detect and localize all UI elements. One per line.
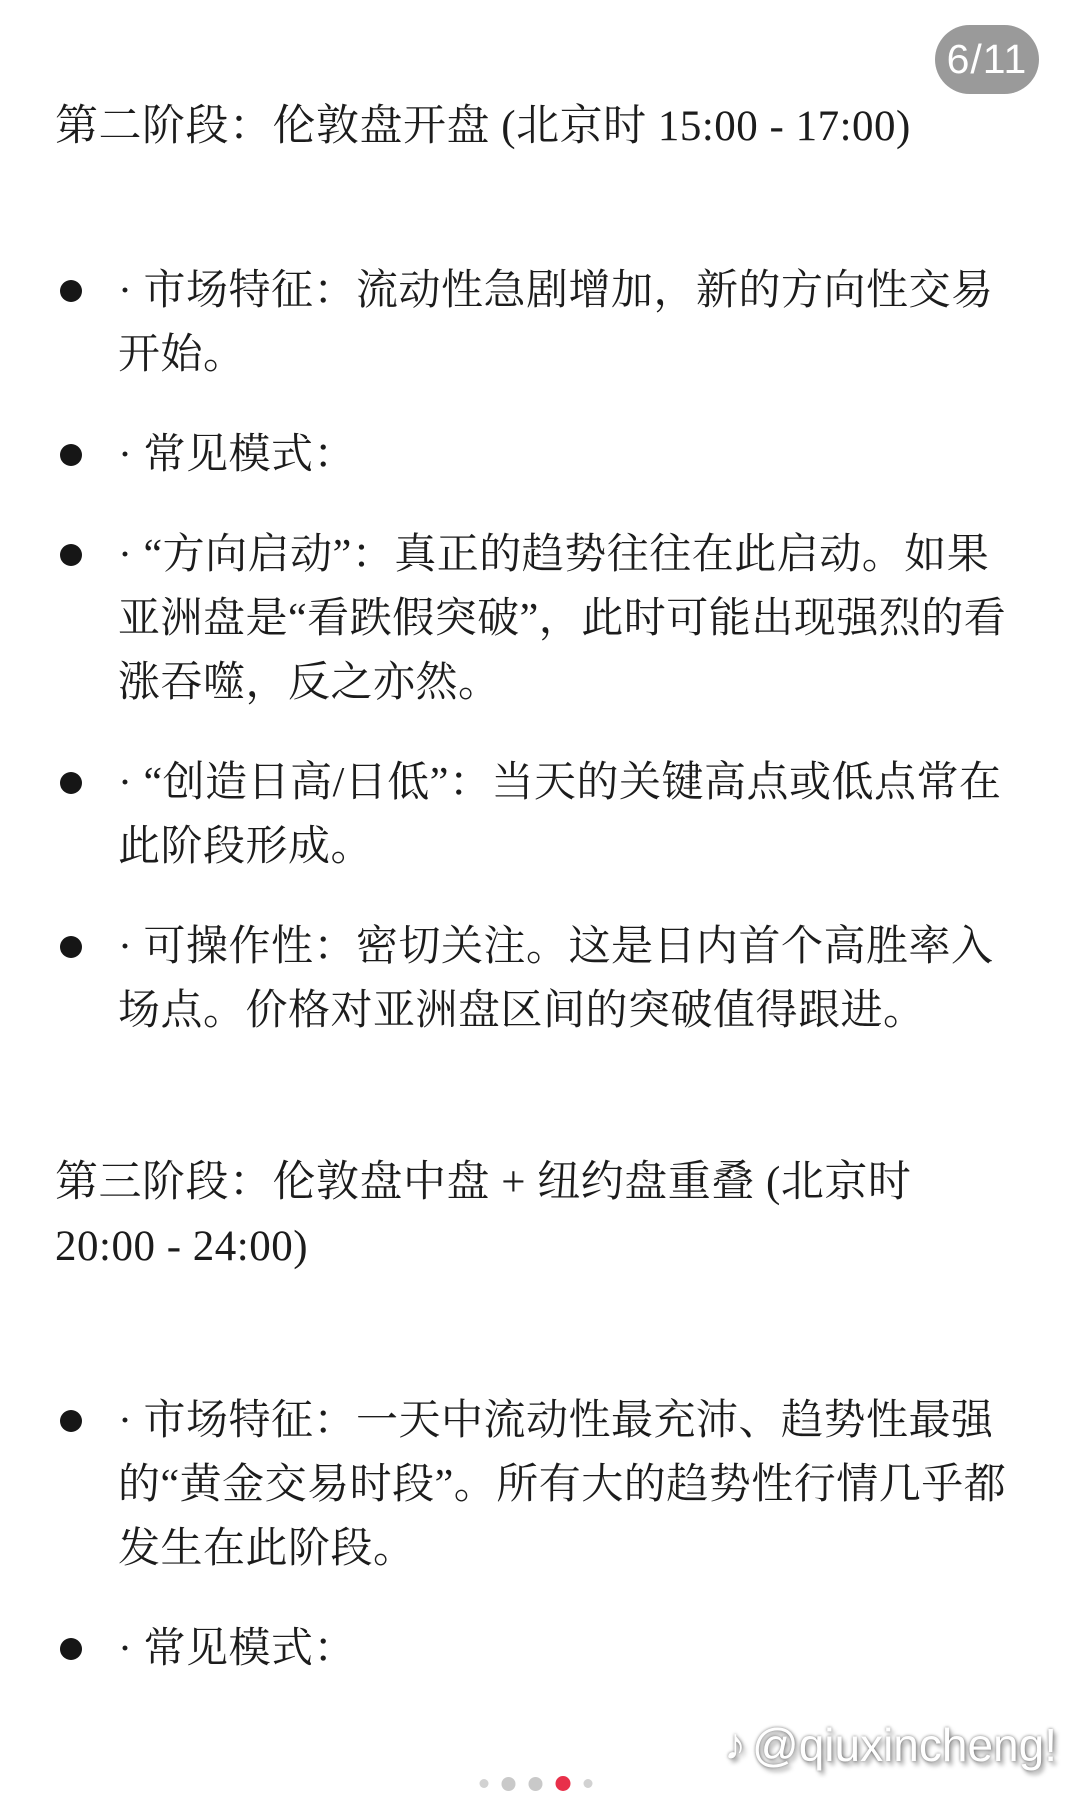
- bullet-list: · 市场特征：一天中流动性最充沛、趋势性最强的“黄金交易时段”。所有大的趋势性行…: [0, 1389, 1071, 1681]
- bullet-item: · 市场特征：流动性急剧增加，新的方向性交易开始。: [118, 259, 1016, 387]
- bullet-dot-icon: [60, 544, 82, 566]
- bullet-dot-icon: [60, 936, 82, 958]
- bullet-text: · 可操作性：密切关注。这是日内首个高胜率入场点。价格对亚洲盘区间的突破值得跟进…: [118, 924, 994, 1034]
- section-phase-3: 第三阶段：伦敦盘中盘 + 纽约盘重叠 (北京时 20:00 - 24:00) ·…: [0, 1151, 1071, 1681]
- bullet-item: · “创造日高/日低”：当天的关键高点或低点常在此阶段形成。: [118, 751, 1016, 879]
- bullet-dot-icon: [60, 280, 82, 302]
- bullet-text: · 常见模式：: [118, 432, 356, 478]
- bullet-item: · 市场特征：一天中流动性最充沛、趋势性最强的“黄金交易时段”。所有大的趋势性行…: [118, 1389, 1016, 1581]
- bullet-text: · “方向启动”：真正的趋势往往在此启动。如果亚洲盘是“看跌假突破”，此时可能出…: [118, 532, 1006, 706]
- bullet-item: · “方向启动”：真正的趋势往往在此启动。如果亚洲盘是“看跌假突破”，此时可能出…: [118, 523, 1016, 715]
- bullet-dot-icon: [60, 444, 82, 466]
- bullet-list: · 市场特征：流动性急剧增加，新的方向性交易开始。 · 常见模式： · “方向启…: [0, 259, 1071, 1043]
- page-counter-badge: 6/11: [935, 25, 1039, 94]
- section-heading: 第二阶段：伦敦盘开盘 (北京时 15:00 - 17:00): [0, 95, 1071, 159]
- watermark-handle: @qiuxincheng!: [752, 1718, 1057, 1772]
- pager-dot: [528, 1777, 542, 1791]
- pager-dots: [479, 1776, 592, 1791]
- bullet-dot-icon: [60, 772, 82, 794]
- watermark: ♪ @qiuxincheng!: [724, 1718, 1057, 1772]
- bullet-item: · 常见模式：: [118, 1617, 1016, 1681]
- music-note-icon: ♪: [724, 1720, 746, 1770]
- pager-dot: [501, 1777, 515, 1791]
- pager-dot-active: [555, 1776, 570, 1791]
- bullet-text: · “创造日高/日低”：当天的关键高点或低点常在此阶段形成。: [118, 760, 1001, 870]
- bullet-dot-icon: [60, 1638, 82, 1660]
- bullet-text: · 常见模式：: [118, 1626, 356, 1672]
- bullet-text: · 市场特征：一天中流动性最充沛、趋势性最强的“黄金交易时段”。所有大的趋势性行…: [118, 1398, 1006, 1572]
- section-phase-2: 第二阶段：伦敦盘开盘 (北京时 15:00 - 17:00) · 市场特征：流动…: [0, 95, 1071, 1043]
- pager-dot: [479, 1779, 488, 1788]
- section-heading: 第三阶段：伦敦盘中盘 + 纽约盘重叠 (北京时 20:00 - 24:00): [0, 1151, 1071, 1279]
- bullet-item: · 可操作性：密切关注。这是日内首个高胜率入场点。价格对亚洲盘区间的突破值得跟进…: [118, 915, 1016, 1043]
- bullet-text: · 市场特征：流动性急剧增加，新的方向性交易开始。: [118, 268, 994, 378]
- pager-dot: [583, 1779, 592, 1788]
- bullet-item: · 常见模式：: [118, 423, 1016, 487]
- bullet-dot-icon: [60, 1410, 82, 1432]
